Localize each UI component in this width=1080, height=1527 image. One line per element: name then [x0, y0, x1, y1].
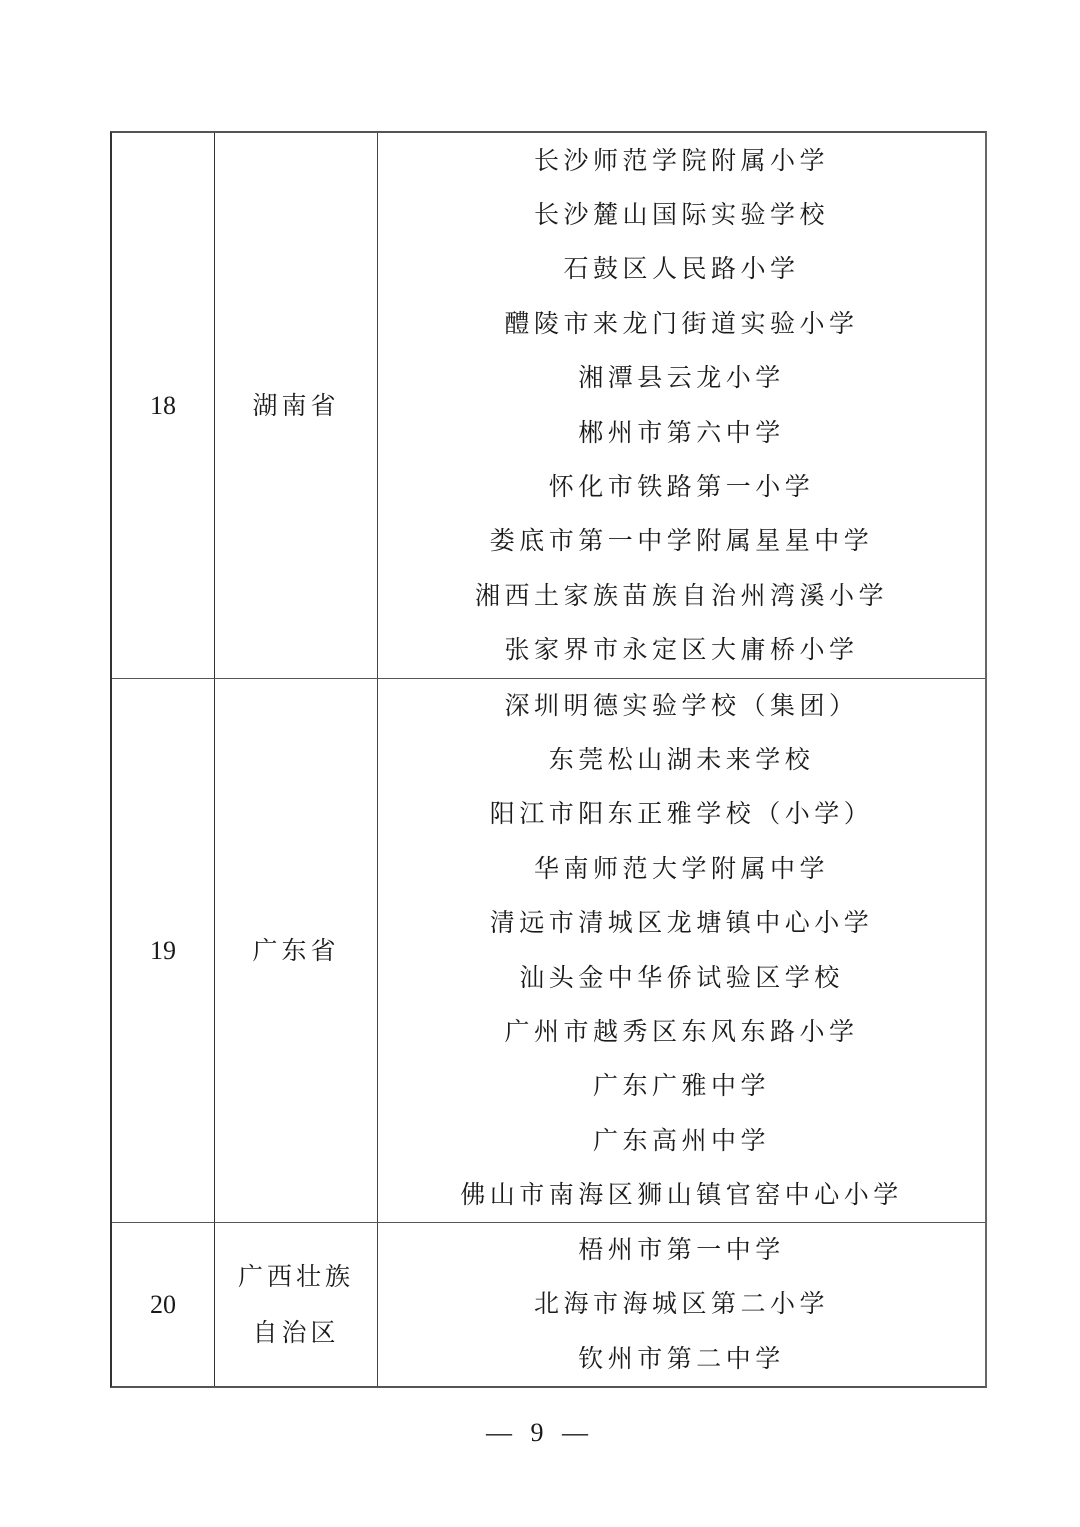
province-cell: 广东省 — [215, 679, 378, 1222]
school-name: 佛山市南海区狮山镇官窑中心小学 — [460, 1168, 903, 1222]
school-name: 梧州市第一中学 — [578, 1223, 785, 1277]
province-cell: 湖南省 — [215, 133, 378, 678]
school-name: 北海市海城区第二小学 — [534, 1277, 829, 1331]
schools-cell: 梧州市第一中学 北海市海城区第二小学 钦州市第二中学 — [378, 1223, 985, 1386]
school-name: 阳江市阳东正雅学校（小学） — [490, 787, 874, 841]
province-name: 广东省 — [252, 923, 339, 979]
school-name: 石鼓区人民路小学 — [563, 242, 799, 296]
school-name: 怀化市铁路第一小学 — [549, 460, 815, 514]
table-row: 19 广东省 深圳明德实验学校（集团） 东莞松山湖未来学校 阳江市阳东正雅学校（… — [112, 679, 985, 1223]
table-row: 18 湖南省 长沙师范学院附属小学 长沙麓山国际实验学校 石鼓区人民路小学 醴陵… — [112, 133, 985, 679]
school-name: 汕头金中华侨试验区学校 — [519, 951, 844, 1005]
table-row: 20 广西壮族 自治区 梧州市第一中学 北海市海城区第二小学 钦州市第二中学 — [112, 1223, 985, 1386]
school-name: 华南师范大学附属中学 — [534, 842, 829, 896]
province-cell: 广西壮族 自治区 — [215, 1223, 378, 1386]
schools-table: 18 湖南省 长沙师范学院附属小学 长沙麓山国际实验学校 石鼓区人民路小学 醴陵… — [110, 131, 987, 1388]
school-name: 清远市清城区龙塘镇中心小学 — [490, 896, 874, 950]
row-number: 19 — [112, 679, 215, 1222]
province-name-line-2: 自治区 — [252, 1305, 339, 1361]
school-name: 醴陵市来龙门街道实验小学 — [504, 297, 858, 351]
school-name: 广东广雅中学 — [593, 1059, 770, 1113]
school-name: 钦州市第二中学 — [578, 1332, 785, 1386]
school-name: 娄底市第一中学附属星星中学 — [490, 514, 874, 568]
school-name: 长沙师范学院附属小学 — [534, 134, 829, 188]
schools-cell: 深圳明德实验学校（集团） 东莞松山湖未来学校 阳江市阳东正雅学校（小学） 华南师… — [378, 679, 985, 1222]
school-name: 郴州市第六中学 — [578, 406, 785, 460]
province-name: 湖南省 — [252, 378, 339, 434]
schools-cell: 长沙师范学院附属小学 长沙麓山国际实验学校 石鼓区人民路小学 醴陵市来龙门街道实… — [378, 133, 985, 678]
province-name-line-1: 广西壮族 — [238, 1249, 354, 1305]
school-name: 广东高州中学 — [593, 1114, 770, 1168]
school-name: 广州市越秀区东风东路小学 — [504, 1005, 858, 1059]
school-name: 湘西土家族苗族自治州湾溪小学 — [475, 569, 888, 623]
school-name: 湘潭县云龙小学 — [578, 351, 785, 405]
row-number: 20 — [112, 1223, 215, 1386]
row-number: 18 — [112, 133, 215, 678]
school-name: 长沙麓山国际实验学校 — [534, 188, 829, 242]
page-number: — 9 — — [0, 1418, 1080, 1448]
school-name: 东莞松山湖未来学校 — [549, 733, 815, 787]
school-name: 深圳明德实验学校（集团） — [504, 679, 858, 733]
school-name: 张家界市永定区大庸桥小学 — [504, 623, 858, 677]
